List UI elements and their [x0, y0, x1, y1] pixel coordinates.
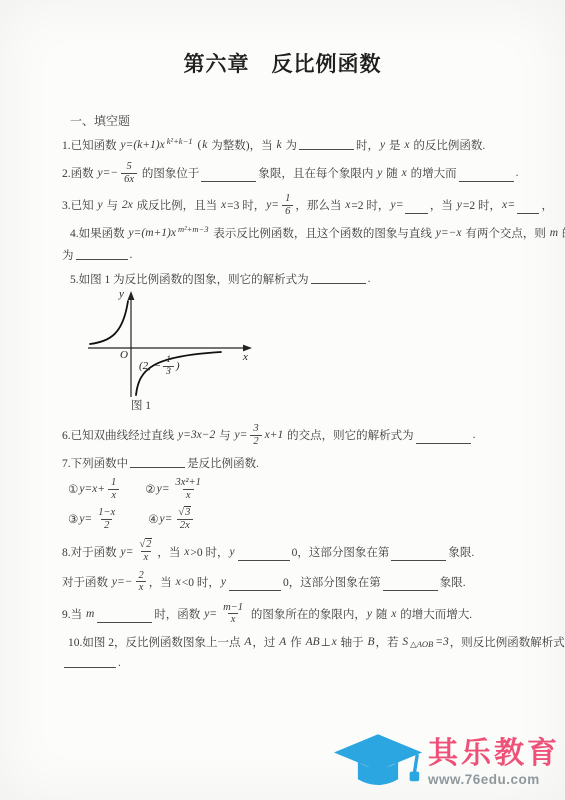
question-line: 10.如图 2，反比例函数图象上一点 A，过 A 作 AB⊥x 轴于 B，若 S…: [62, 634, 553, 650]
fill-in-blank: [311, 282, 366, 284]
question-line: 1.已知函数 y=(k+1)xk²+k−1 (k 为整数)，当 k 为时，y 是…: [62, 137, 553, 153]
question-9: 9.当 m时，函数 y=m−1x 的图象所在的象限内，y 随 x 的增大而增大.: [62, 602, 553, 626]
fill-in-blank: [238, 559, 290, 561]
question-1: 1.已知函数 y=(k+1)xk²+k−1 (k 为整数)，当 k 为时，y 是…: [62, 137, 553, 153]
fraction: 3x²+1x: [172, 477, 203, 501]
fraction: 32: [250, 423, 261, 447]
logo-text: 其乐教育 www.76edu.com: [428, 739, 560, 787]
fraction: 2x: [136, 570, 147, 594]
figure-origin-label: O: [120, 350, 128, 361]
fraction: √2x: [136, 539, 155, 563]
question-line: 8.对于函数 y=√2x，当 x>0 时，y0，这部分图象在第象限.: [62, 539, 553, 563]
question-2: 2.函数 y=−56x 的图象位于象限，且在每个象限内 y 随 x 的增大而.: [62, 161, 553, 185]
fraction: 16: [282, 193, 293, 217]
page-title: 第六章 反比例函数: [0, 48, 565, 78]
fill-in-blank: [130, 466, 185, 468]
question-line: .: [62, 656, 553, 671]
fill-in-blank: [517, 212, 540, 214]
question-line: 为.: [62, 247, 553, 263]
figure-point-label: (2, −13): [138, 355, 181, 377]
question-6: 6.已知双曲线经过直线 y=3x−2 与 y=32x+1 的交点，则它的解析式为…: [62, 423, 553, 447]
fill-in-blank: [459, 180, 514, 182]
fraction: 56x: [121, 161, 137, 185]
figure-y-axis-label: y: [119, 289, 124, 300]
figure-x-axis-label: x: [243, 352, 248, 363]
question-7: 7.下列函数中是反比例函数.①y=x+1x②y=3x²+1x③y=1−x2④y=…: [62, 455, 553, 531]
worksheet-page: { "page": { "title": "第六章 反比例函数", "secti…: [0, 0, 565, 800]
fill-in-blank: [76, 258, 128, 260]
curve-quadrant-2: [90, 301, 128, 344]
question-line: 3.已知 y 与 2x 成反比例，且当 x=3 时，y=16，那么当 x=2 时…: [62, 193, 553, 217]
fill-in-blank: [299, 148, 354, 150]
fill-in-blank: [64, 666, 116, 668]
fill-in-blank: [97, 621, 152, 623]
logo-brand-text: 其乐教育: [428, 739, 560, 769]
question-5: 5.如图 1 为反比例函数的图象，则它的解析式为.: [62, 271, 553, 287]
question-line: 4.如果函数 y=(m+1)xm²+m−3 表示反比例函数，且这个函数的图象与直…: [62, 225, 553, 241]
question-line: 7.下列函数中是反比例函数.: [62, 455, 553, 471]
fraction: √32x: [175, 507, 194, 531]
question-3: 3.已知 y 与 2x 成反比例，且当 x=3 时，y=16，那么当 x=2 时…: [62, 193, 553, 217]
fill-in-blank: [416, 442, 471, 444]
question-line: 对于函数 y=−2x，当 x<0 时，y0，这部分图象在第象限.: [62, 570, 553, 594]
fill-in-blank: [201, 180, 256, 182]
site-logo: 其乐教育 www.76edu.com: [332, 732, 560, 794]
fraction: 1−x2: [95, 507, 118, 531]
figure-1: y x O (2, −13) 图 1: [86, 291, 261, 413]
question-4: 4.如果函数 y=(m+1)xm²+m−3 表示反比例函数，且这个函数的图象与直…: [62, 225, 553, 263]
fill-in-blank: [383, 589, 438, 591]
questions-6-10: 6.已知双曲线经过直线 y=3x−2 与 y=32x+1 的交点，则它的解析式为…: [62, 423, 553, 671]
fill-in-blank: [229, 589, 281, 591]
section-heading: 一、填空题: [70, 112, 565, 129]
fraction: 13: [163, 355, 174, 377]
question-line: ①y=x+1x②y=3x²+1x: [62, 477, 553, 501]
fraction: m−1x: [220, 602, 246, 626]
question-10: 10.如图 2，反比例函数图象上一点 A，过 A 作 AB⊥x 轴于 B，若 S…: [62, 634, 553, 671]
fill-in-blank: [405, 212, 428, 214]
graduation-cap-icon: [332, 732, 424, 794]
question-line: 2.函数 y=−56x 的图象位于象限，且在每个象限内 y 随 x 的增大而.: [62, 161, 553, 185]
question-line: 5.如图 1 为反比例函数的图象，则它的解析式为.: [62, 271, 553, 287]
fill-in-blank: [391, 559, 446, 561]
question-8: 8.对于函数 y=√2x，当 x>0 时，y0，这部分图象在第象限.对于函数 y…: [62, 539, 553, 593]
question-line: 6.已知双曲线经过直线 y=3x−2 与 y=32x+1 的交点，则它的解析式为…: [62, 423, 553, 447]
hyperbola-graph: [86, 291, 261, 397]
logo-url-text: www.76edu.com: [428, 772, 560, 787]
question-line: 9.当 m时，函数 y=m−1x 的图象所在的象限内，y 随 x 的增大而增大.: [62, 602, 553, 626]
y-axis-arrow: [128, 291, 135, 300]
questions-1-5: 1.已知函数 y=(k+1)xk²+k−1 (k 为整数)，当 k 为时，y 是…: [62, 137, 553, 287]
figure-caption: 图 1: [114, 397, 168, 413]
question-line: ③y=1−x2④y=√32x: [62, 507, 553, 531]
fraction: 1x: [108, 477, 119, 501]
